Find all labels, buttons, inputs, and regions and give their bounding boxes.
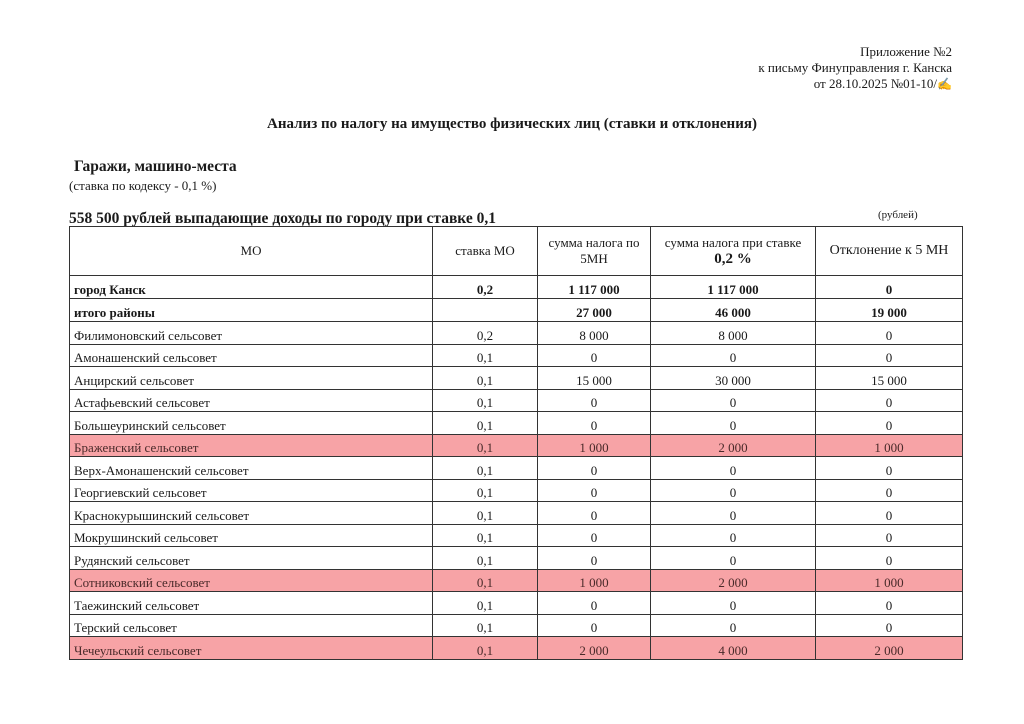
cell-new-tax: 0 bbox=[651, 412, 816, 435]
units-label: (рублей) bbox=[878, 209, 918, 221]
cell-deviation: 2 000 bbox=[816, 637, 963, 660]
cell-base-tax: 0 bbox=[538, 547, 651, 570]
table-row: итого районы27 00046 00019 000 bbox=[70, 299, 963, 322]
table-row: Филимоновский сельсовет0,28 0008 0000 bbox=[70, 322, 963, 345]
cell-deviation: 0 bbox=[816, 547, 963, 570]
header-deviation: Отклонение к 5 МН bbox=[816, 227, 963, 276]
cell-base-tax: 0 bbox=[538, 457, 651, 480]
cell-rate: 0,1 bbox=[433, 502, 538, 525]
cell-base-tax: 0 bbox=[538, 389, 651, 412]
cell-mo: Краснокурышинский сельсовет bbox=[70, 502, 433, 525]
cell-rate: 0,1 bbox=[433, 389, 538, 412]
cell-new-tax: 4 000 bbox=[651, 637, 816, 660]
cell-base-tax: 0 bbox=[538, 344, 651, 367]
cell-mo: Мокрушинский сельсовет bbox=[70, 524, 433, 547]
cell-rate: 0,1 bbox=[433, 547, 538, 570]
cell-rate: 0,1 bbox=[433, 412, 538, 435]
cell-new-tax: 0 bbox=[651, 614, 816, 637]
cell-rate: 0,2 bbox=[433, 322, 538, 345]
cell-mo: город Канск bbox=[70, 276, 433, 299]
cell-mo: Рудянский сельсовет bbox=[70, 547, 433, 570]
cell-new-tax: 0 bbox=[651, 389, 816, 412]
cell-base-tax: 0 bbox=[538, 412, 651, 435]
cell-mo: Георгиевский сельсовет bbox=[70, 479, 433, 502]
header-rate: ставка МО bbox=[433, 227, 538, 276]
cell-rate: 0,1 bbox=[433, 479, 538, 502]
header-new-line2: 0,2 % bbox=[655, 251, 811, 267]
cell-deviation: 1 000 bbox=[816, 434, 963, 457]
cell-rate: 0,1 bbox=[433, 457, 538, 480]
document-title: Анализ по налогу на имущество физических… bbox=[0, 116, 1024, 133]
table-row: Сотниковский сельсовет0,11 0002 0001 000 bbox=[70, 569, 963, 592]
cell-base-tax: 0 bbox=[538, 614, 651, 637]
table-row: Чечеульский сельсовет0,12 0004 0002 000 bbox=[70, 637, 963, 660]
cell-deviation: 0 bbox=[816, 592, 963, 615]
cell-mo: Чечеульский сельсовет bbox=[70, 637, 433, 660]
cell-base-tax: 0 bbox=[538, 524, 651, 547]
cell-new-tax: 8 000 bbox=[651, 322, 816, 345]
letter-date-number: от 28.10.2025 №01-10/ bbox=[814, 76, 937, 91]
cell-base-tax: 1 117 000 bbox=[538, 276, 651, 299]
appendix-header: Приложение №2 к письму Финуправления г. … bbox=[758, 44, 952, 92]
signature-icon: ✍ bbox=[937, 77, 952, 91]
cell-new-tax: 0 bbox=[651, 457, 816, 480]
cell-base-tax: 0 bbox=[538, 502, 651, 525]
cell-rate: 0,1 bbox=[433, 367, 538, 390]
cell-deviation: 0 bbox=[816, 479, 963, 502]
cell-deviation: 0 bbox=[816, 502, 963, 525]
cell-deviation: 0 bbox=[816, 322, 963, 345]
table-row: Анцирский сельсовет0,115 00030 00015 000 bbox=[70, 367, 963, 390]
cell-new-tax: 0 bbox=[651, 344, 816, 367]
table-row: Большеуринский сельсовет0,1000 bbox=[70, 412, 963, 435]
cell-base-tax: 15 000 bbox=[538, 367, 651, 390]
table-row: Краснокурышинский сельсовет0,1000 bbox=[70, 502, 963, 525]
cell-rate: 0,1 bbox=[433, 592, 538, 615]
cell-rate: 0,2 bbox=[433, 276, 538, 299]
cell-new-tax: 1 117 000 bbox=[651, 276, 816, 299]
cell-mo: Терский сельсовет bbox=[70, 614, 433, 637]
cell-rate: 0,1 bbox=[433, 434, 538, 457]
appendix-number: Приложение №2 bbox=[758, 44, 952, 60]
section-title: Гаражи, машино-места bbox=[74, 158, 237, 176]
table-row: Астафьевский сельсовет0,1000 bbox=[70, 389, 963, 412]
cell-rate: 0,1 bbox=[433, 344, 538, 367]
cell-mo: Верх-Амонашенский сельсовет bbox=[70, 457, 433, 480]
header-new-line1: сумма налога при ставке bbox=[655, 235, 811, 251]
header-mo: МО bbox=[70, 227, 433, 276]
cell-base-tax: 1 000 bbox=[538, 569, 651, 592]
cell-deviation: 1 000 bbox=[816, 569, 963, 592]
cell-rate: 0,1 bbox=[433, 614, 538, 637]
cell-deviation: 0 bbox=[816, 614, 963, 637]
header-base-line1: сумма налога по bbox=[542, 235, 646, 251]
table-row: Верх-Амонашенский сельсовет0,1000 bbox=[70, 457, 963, 480]
section-subtitle: (ставка по кодексу - 0,1 %) bbox=[69, 178, 216, 194]
appendix-date-number: от 28.10.2025 №01-10/✍ bbox=[758, 76, 952, 92]
cell-base-tax: 0 bbox=[538, 479, 651, 502]
table-row: Рудянский сельсовет0,1000 bbox=[70, 547, 963, 570]
cell-mo: Таежинский сельсовет bbox=[70, 592, 433, 615]
cell-mo: Большеуринский сельсовет bbox=[70, 412, 433, 435]
cell-base-tax: 2 000 bbox=[538, 637, 651, 660]
cell-mo: Филимоновский сельсовет bbox=[70, 322, 433, 345]
header-base-tax: сумма налога по 5МН bbox=[538, 227, 651, 276]
header-base-line2: 5МН bbox=[542, 251, 646, 267]
cell-new-tax: 0 bbox=[651, 592, 816, 615]
cell-deviation: 0 bbox=[816, 524, 963, 547]
appendix-letter-ref: к письму Финуправления г. Канска bbox=[758, 60, 952, 76]
cell-deviation: 0 bbox=[816, 276, 963, 299]
table-header-row: МО ставка МО сумма налога по 5МН сумма н… bbox=[70, 227, 963, 276]
cell-new-tax: 2 000 bbox=[651, 434, 816, 457]
cell-new-tax: 0 bbox=[651, 547, 816, 570]
cell-mo: Амонашенский сельсовет bbox=[70, 344, 433, 367]
cell-new-tax: 0 bbox=[651, 502, 816, 525]
table-body: город Канск0,21 117 0001 117 0000итого р… bbox=[70, 276, 963, 660]
cell-rate bbox=[433, 299, 538, 322]
table-row: Браженский сельсовет0,11 0002 0001 000 bbox=[70, 434, 963, 457]
cell-mo: Браженский сельсовет bbox=[70, 434, 433, 457]
cell-deviation: 0 bbox=[816, 344, 963, 367]
cell-rate: 0,1 bbox=[433, 524, 538, 547]
cell-rate: 0,1 bbox=[433, 569, 538, 592]
cell-base-tax: 8 000 bbox=[538, 322, 651, 345]
cell-mo: Сотниковский сельсовет bbox=[70, 569, 433, 592]
cell-deviation: 19 000 bbox=[816, 299, 963, 322]
table-row: Таежинский сельсовет0,1000 bbox=[70, 592, 963, 615]
cell-mo: итого районы bbox=[70, 299, 433, 322]
table-row: город Канск0,21 117 0001 117 0000 bbox=[70, 276, 963, 299]
cell-mo: Астафьевский сельсовет bbox=[70, 389, 433, 412]
tax-analysis-table: МО ставка МО сумма налога по 5МН сумма н… bbox=[69, 226, 963, 660]
cell-deviation: 15 000 bbox=[816, 367, 963, 390]
cell-base-tax: 1 000 bbox=[538, 434, 651, 457]
cell-mo: Анцирский сельсовет bbox=[70, 367, 433, 390]
table-row: Георгиевский сельсовет0,1000 bbox=[70, 479, 963, 502]
cell-new-tax: 0 bbox=[651, 524, 816, 547]
cell-base-tax: 0 bbox=[538, 592, 651, 615]
cell-deviation: 0 bbox=[816, 412, 963, 435]
cell-new-tax: 0 bbox=[651, 479, 816, 502]
cell-new-tax: 46 000 bbox=[651, 299, 816, 322]
cell-deviation: 0 bbox=[816, 389, 963, 412]
table-row: Мокрушинский сельсовет0,1000 bbox=[70, 524, 963, 547]
cell-base-tax: 27 000 bbox=[538, 299, 651, 322]
cell-new-tax: 2 000 bbox=[651, 569, 816, 592]
cell-deviation: 0 bbox=[816, 457, 963, 480]
table-row: Терский сельсовет0,1000 bbox=[70, 614, 963, 637]
header-new-tax: сумма налога при ставке 0,2 % bbox=[651, 227, 816, 276]
cell-rate: 0,1 bbox=[433, 637, 538, 660]
table-row: Амонашенский сельсовет0,1000 bbox=[70, 344, 963, 367]
cell-new-tax: 30 000 bbox=[651, 367, 816, 390]
